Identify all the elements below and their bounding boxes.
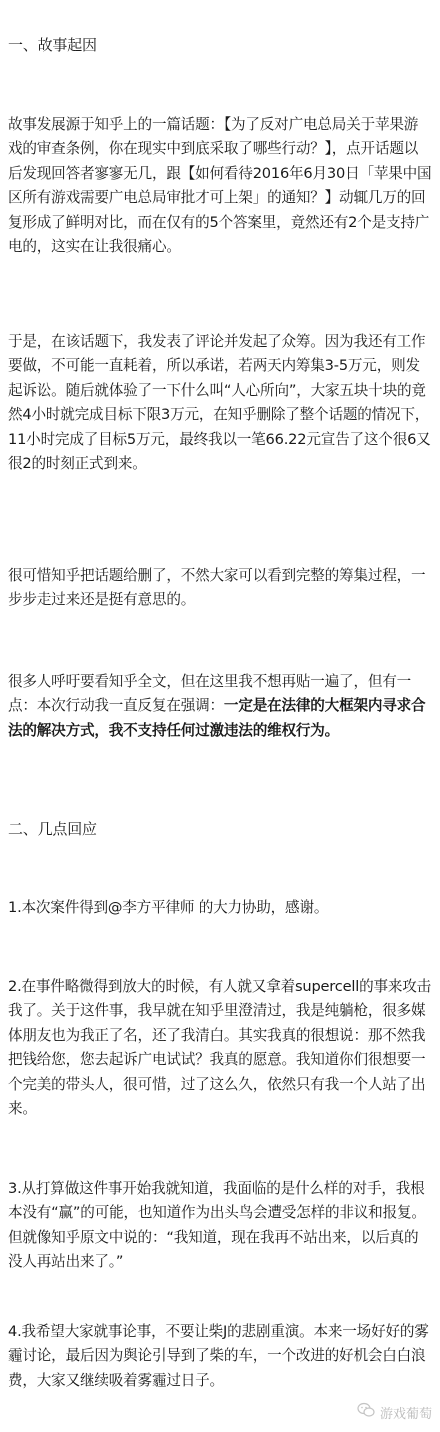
paragraph-legal-stance: 很多人呼吁要看知乎全文，但在这里我不想再贴一遍了，但有一点：本次行动我一直反复在… <box>8 670 432 743</box>
paragraph-crowdfunding: 于是，在该话题下，我发表了评论并发起了众筹。因为我还有工作要做，不可能一直耗着，… <box>8 330 432 476</box>
point-1: 1.本次案件得到@李方平律师 的大力协助，感谢。 <box>8 896 432 920</box>
point-2: 2.在事件略微得到放大的时候，有人就又拿着supercell的事来攻击我了。关于… <box>8 975 432 1121</box>
point-4: 4.我希望大家就事论事，不要让柴J的悲剧重演。本来一场好好的雾霾讨论，最后因为舆… <box>8 1320 432 1393</box>
section-heading-1: 一、故事起因 <box>8 33 432 57</box>
wechat-icon <box>357 1402 375 1422</box>
point-3: 3.从打算做这件事开始我就知道，我面临的是什么样的对手，我根本没有“赢”的可能，… <box>8 1177 432 1275</box>
paragraph-story-origin: 故事发展源于知乎上的一篇话题：【为了反对广电总局关于苹果游戏的审查条例，你在现实… <box>8 113 432 259</box>
section-heading-2: 二、几点回应 <box>8 817 432 841</box>
watermark: 游戏葡萄 <box>357 1402 432 1422</box>
watermark-text: 游戏葡萄 <box>380 1403 432 1422</box>
paragraph-zhihu-deleted: 很可惜知乎把话题给删了，不然大家可以看到完整的筹集过程，一步步走过来还是挺有意思… <box>8 564 432 613</box>
